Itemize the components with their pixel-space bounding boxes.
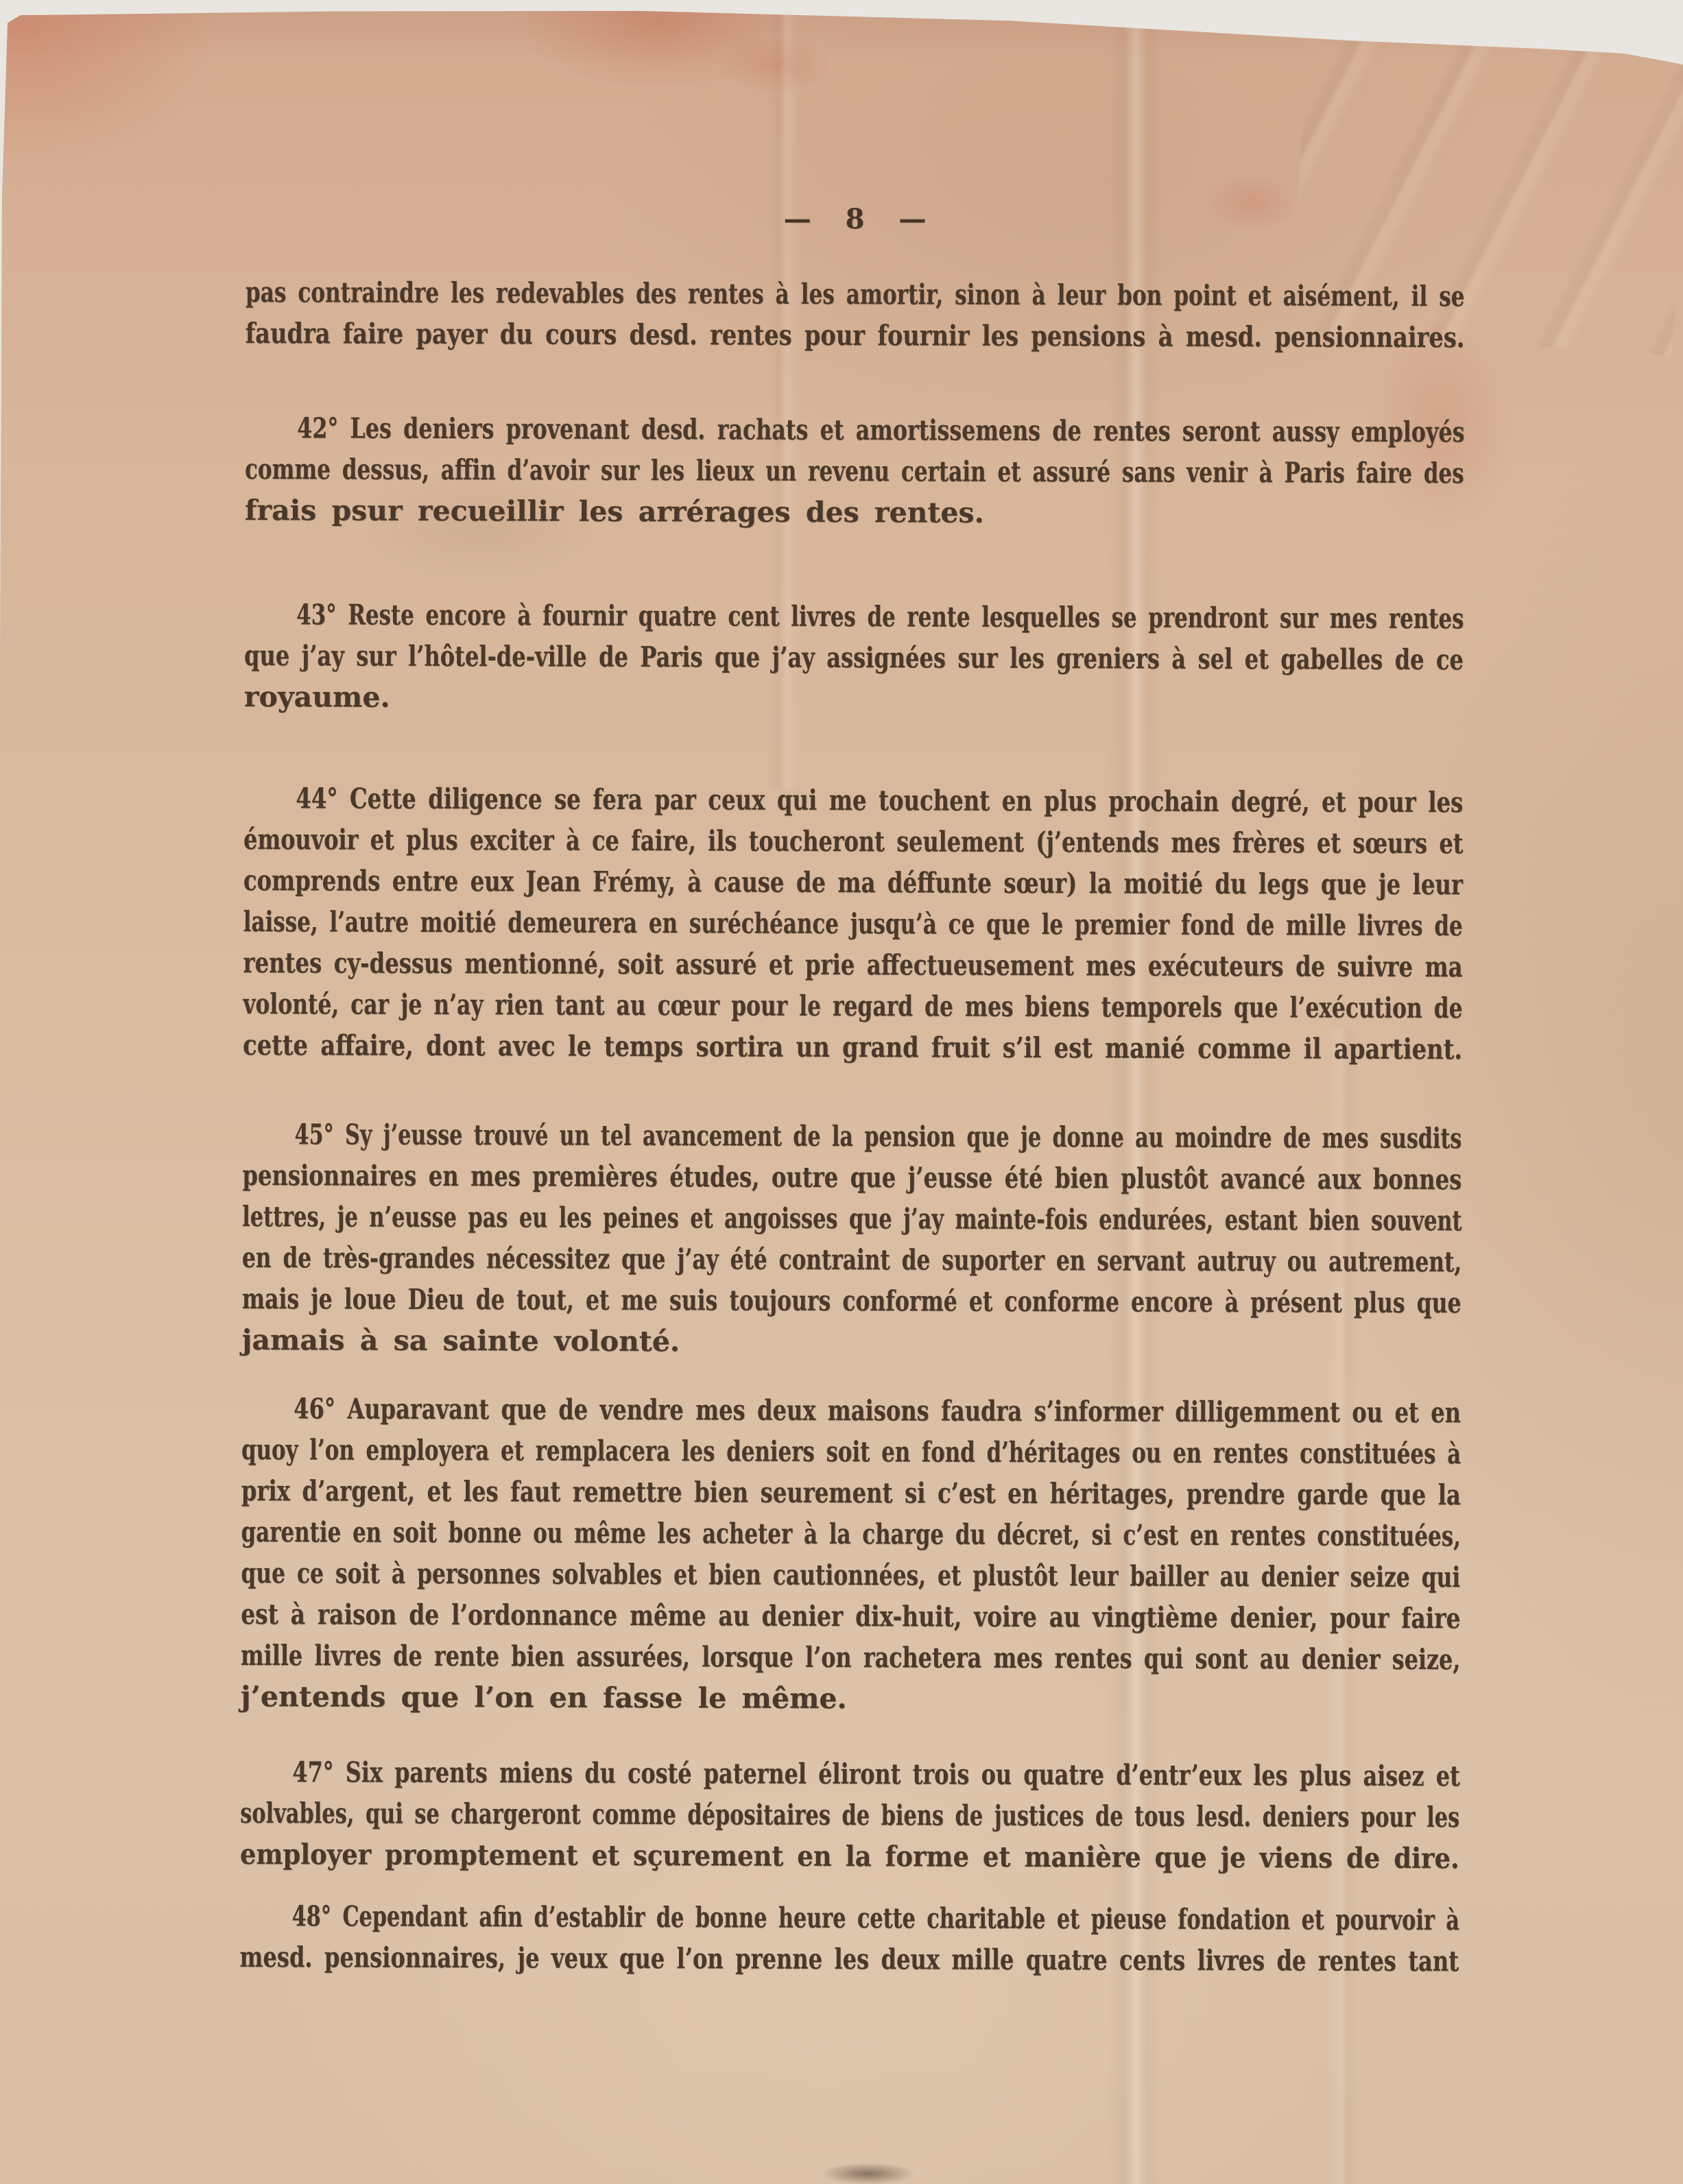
paragraph-44: 44° Cette diligence se fera par ceux qui… xyxy=(243,778,1463,1070)
text-line: volonté, car je n’ay rien tant au cœur p… xyxy=(243,983,1462,1029)
scan-background: { "document": { "kind": "scanned-printed… xyxy=(0,0,1683,2184)
text-line: faudra faire payer du cours desd. rentes… xyxy=(246,313,1465,358)
text-line: est à raison de l’ordonnance même au den… xyxy=(241,1594,1460,1639)
text-line: 48° Cependant afin d’establir de bonne h… xyxy=(240,1895,1459,1941)
text-line: 42° Les deniers provenant desd. rachats … xyxy=(245,407,1464,453)
text-line: que j’ay sur l’hôtel-de-ville de Paris q… xyxy=(244,635,1464,680)
printed-content: — 8 — pas contraindre les redevables des… xyxy=(0,0,1683,2184)
text-line: 46° Auparavant que de vendre mes deux ma… xyxy=(241,1388,1461,1433)
text-line: en de très-grandes nécessitez que j’ay é… xyxy=(242,1237,1461,1282)
text-line: j’entends que l’on en fasse le même. xyxy=(241,1676,1460,1721)
paragraph-42: 42° Les deniers provenant desd. rachats … xyxy=(245,407,1465,535)
text-line: que ce soit à personnes solvables et bie… xyxy=(241,1552,1460,1598)
paragraph-47: 47° Six parents miens du costé paternel … xyxy=(240,1751,1460,1879)
text-line: frais psur recueillir les arrérages des … xyxy=(245,490,1464,535)
text-line: 44° Cette diligence se fera par ceux qui… xyxy=(243,778,1463,823)
paragraph-45: 45° Sy j’eusse trouvé un tel avancement … xyxy=(241,1114,1461,1365)
text-line: 47° Six parents miens du costé paternel … xyxy=(240,1751,1459,1797)
text-block: pas contraindre les redevables des rente… xyxy=(239,272,1465,1982)
paragraph-43: 43° Reste encore à fournir quatre cent l… xyxy=(244,594,1464,721)
text-line: pensionnaires en mes premières études, o… xyxy=(242,1155,1461,1200)
text-line: pas contraindre les redevables des rente… xyxy=(246,272,1465,317)
text-line: comme dessus, affin d’avoir sur les lieu… xyxy=(245,448,1464,494)
text-line: jamais à sa sainte volonté. xyxy=(241,1319,1461,1365)
text-line: garentie en soit bonne ou même les achet… xyxy=(241,1511,1460,1557)
paragraph-48: 48° Cependant afin d’establir de bonne h… xyxy=(239,1895,1459,1982)
page-number: — 8 — xyxy=(247,203,1466,235)
text-line: employer promptement et sçurement en la … xyxy=(240,1834,1459,1879)
text-line: solvables, qui se chargeront comme dépos… xyxy=(240,1792,1459,1838)
text-line: prix d’argent, et les faut remettre bien… xyxy=(241,1470,1461,1515)
text-line: quoy l’on employera et remplacera les de… xyxy=(241,1429,1461,1474)
text-line: mais je loue Dieu de tout, et me suis to… xyxy=(242,1278,1461,1323)
text-line: rentes cy-dessus mentionné, soit assuré … xyxy=(243,942,1462,987)
text-line: lettres, je n’eusse pas eu les peines et… xyxy=(242,1196,1461,1241)
paragraph-46: 46° Auparavant que de vendre mes deux ma… xyxy=(241,1388,1461,1721)
paragraph-continuation: pas contraindre les redevables des rente… xyxy=(246,272,1465,358)
text-line: émouvoir et plus exciter à ce faire, ils… xyxy=(243,819,1463,864)
text-line: 45° Sy j’eusse trouvé un tel avancement … xyxy=(243,1114,1462,1159)
text-line: royaume. xyxy=(244,676,1464,721)
text-line: laisse, l’autre moitié demeurera en suré… xyxy=(243,901,1463,946)
text-line: mille livres de rente bien assurées, lor… xyxy=(241,1635,1460,1680)
text-line: 43° Reste encore à fournir quatre cent l… xyxy=(244,594,1464,639)
text-line: mesd. pensionnaires, je veux que l’on pr… xyxy=(239,1936,1459,1982)
text-line: cette affaire, dont avec le temps sortir… xyxy=(243,1024,1462,1070)
paper-sheet: — 8 — pas contraindre les redevables des… xyxy=(0,0,1683,2184)
text-line: comprends entre eux Jean Frémy, à cause … xyxy=(243,860,1463,905)
